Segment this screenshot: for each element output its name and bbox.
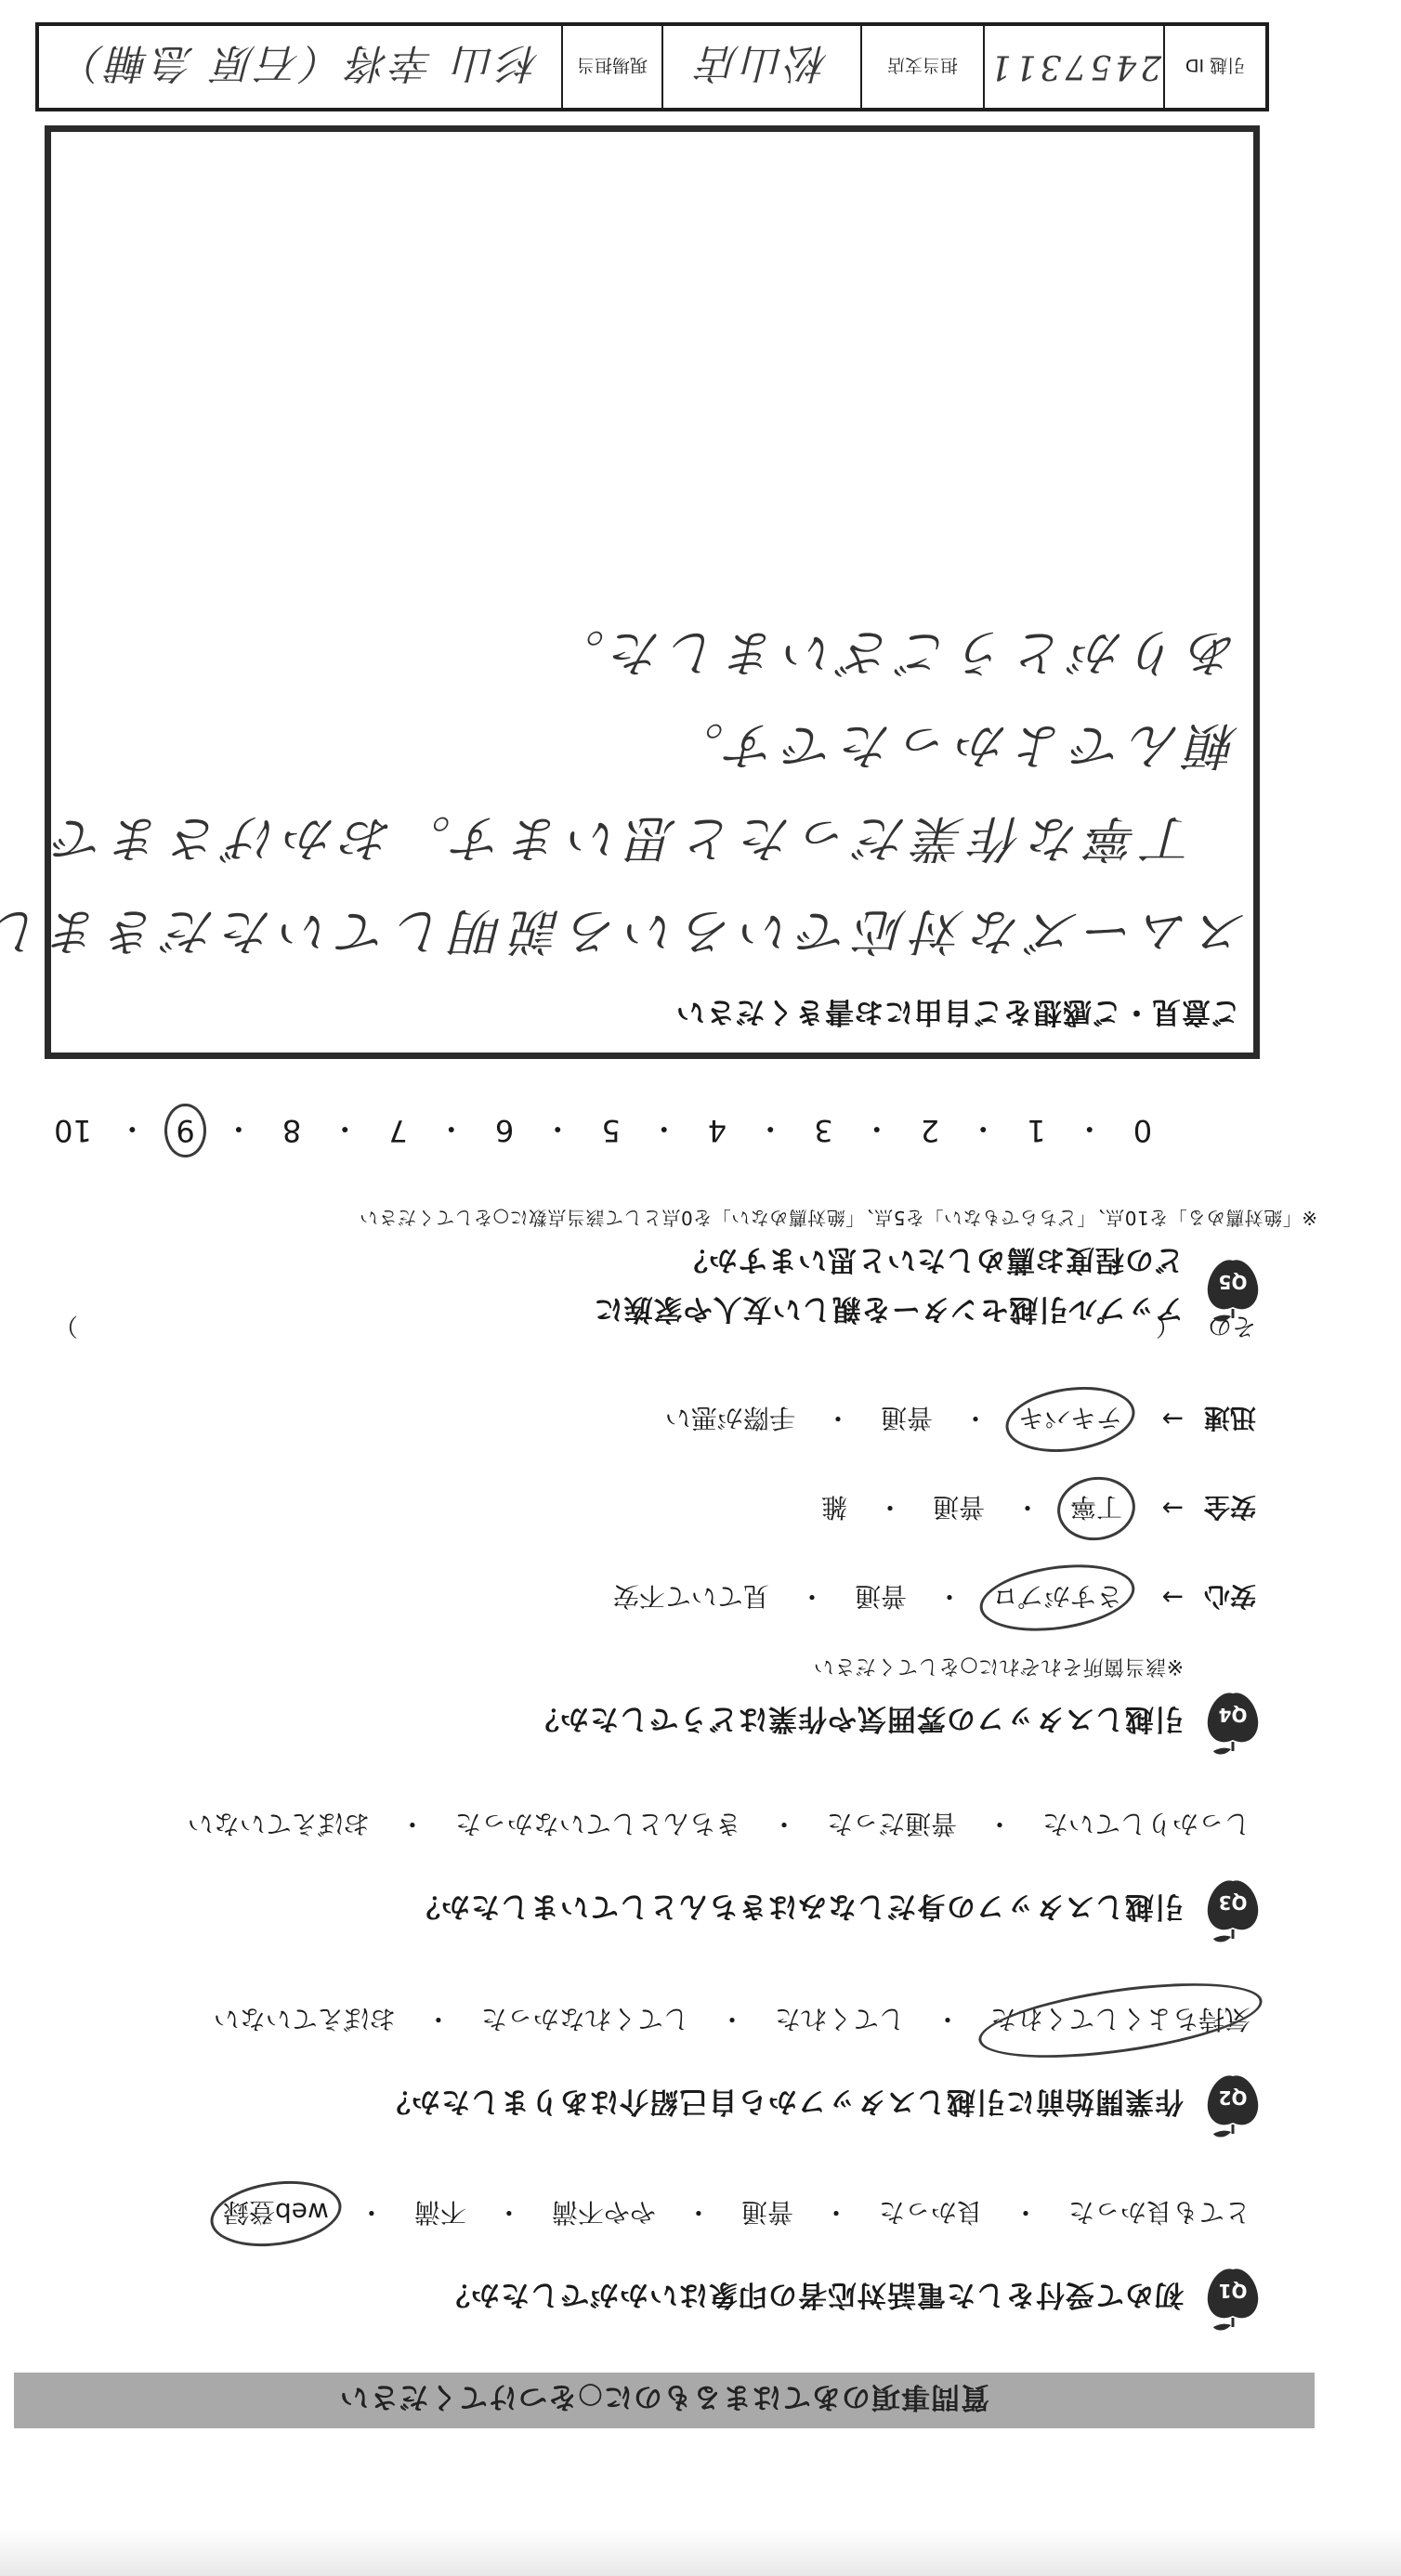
q4-reassurance-option-anxious[interactable]: 見ていて不安 — [608, 1579, 775, 1616]
staff-label: 現場担当 — [577, 55, 648, 80]
q2-option-pleasantly[interactable]: 気持ちよくしてくれた — [985, 2002, 1256, 2039]
svg-text:Q1: Q1 — [1219, 2280, 1248, 2302]
q4-row-label: 安全 — [1184, 1490, 1256, 1527]
move-id-label: 引越 ID — [1185, 55, 1245, 80]
comment-line: スムーズな対応でいろいろ説明していただきました。 — [51, 884, 1248, 977]
q3-options: しっかりしていた・ 普通だった・ きちんとしていなかった・ おぼえていない — [54, 1807, 1256, 1844]
q4-safety-option-normal[interactable]: 普通 — [927, 1490, 990, 1527]
header-info-table: 引越 ID 2457311 担当支店 松山店 現場担当 杉山 幸将（石原 急輔） — [35, 22, 1269, 111]
question-q1: Q1 初めて受付をした電話対応者の印象はいかがでしたか？ とても良かった・ 良か… — [54, 2195, 1262, 2333]
q2-title: 作業開始前に引越しスタッフから自己紹介はありましたか？ — [381, 2085, 1184, 2126]
rating-10[interactable]: 10 — [54, 1113, 92, 1148]
scan-shadow-edge — [0, 2530, 1401, 2576]
comment-line: ありがとうございました。 — [51, 606, 1248, 699]
rating-7[interactable]: 7 — [385, 1113, 411, 1148]
q2-option-no[interactable]: してくれなかった — [476, 2002, 695, 2039]
q4-safety-option-rough[interactable]: 雑 — [816, 1490, 853, 1527]
svg-text:Q2: Q2 — [1219, 2086, 1248, 2109]
rating-5[interactable]: 5 — [597, 1113, 623, 1148]
branch-value: 松山店 — [695, 37, 829, 97]
apple-badge-icon: Q1 — [1204, 2264, 1262, 2333]
q5-title-line2: どの程度お薦めしたいと思いますか？ — [594, 1242, 1184, 1284]
apple-badge-icon: Q2 — [1204, 2071, 1262, 2139]
question-q3: Q3 引越しスタッフの身だしなみはきちんとしていましたか？ しっかりしていた・ … — [54, 1807, 1262, 1944]
q4-reassurance-option-pro[interactable]: さすがプロ — [987, 1579, 1128, 1616]
comment-box[interactable]: ご意見・ご感想をご自由にお書きください スムーズな対応でいろいろ説明していただき… — [45, 125, 1260, 1059]
q2-option-yes[interactable]: してくれた — [769, 2002, 910, 2039]
q1-option-very-good[interactable]: とても良かった — [1063, 2195, 1256, 2232]
q1-title: 初めて受付をした電話対応者の印象はいかがでしたか？ — [440, 2278, 1184, 2320]
staff-value: 杉山 幸将（石原 急輔） — [60, 37, 540, 97]
branch-label: 担当支店 — [887, 55, 958, 80]
arrow-right-icon: → — [1128, 1583, 1184, 1614]
branch-value-cell[interactable]: 松山店 — [661, 26, 860, 108]
move-id-label-cell: 引越 ID — [1163, 26, 1265, 108]
comment-title: ご意見・ご感想をご自由にお書きください — [51, 994, 1253, 1053]
rating-1[interactable]: 1 — [1023, 1113, 1049, 1148]
question-q4: Q4 引越しスタッフの雰囲気や作業はどうでしたか？ ※該当箇所それぞれに○をして… — [54, 1276, 1262, 1757]
q4-speed-option-clumsy[interactable]: 手際が悪い — [660, 1401, 801, 1438]
svg-text:Q3: Q3 — [1219, 1891, 1248, 1914]
q4-row-label: 安心 — [1184, 1579, 1256, 1616]
q3-title: 引越しスタッフの身だしなみはきちんとしていましたか？ — [411, 1890, 1184, 1931]
instruction-banner-text: 質問事項のあてはまるものに○をつけてください — [339, 2380, 989, 2422]
q4-safety-option-careful[interactable]: 丁寧 — [1065, 1490, 1128, 1527]
apple-badge-icon: Q3 — [1204, 1876, 1262, 1944]
q4-title: 引越しスタッフの雰囲気や作業はどうでしたか？ — [530, 1702, 1184, 1744]
q4-reassurance-option-normal[interactable]: 普通 — [849, 1579, 912, 1616]
q4-speed-option-brisk[interactable]: テキパキ — [1013, 1401, 1128, 1438]
comment-text: スムーズな対応でいろいろ説明していただきました。 丁寧な作業だったと思います。お… — [51, 606, 1253, 994]
instruction-banner: 質問事項のあてはまるものに○をつけてください — [14, 2373, 1315, 2428]
q4-row-safety: 安全 → 丁寧・ 普通・ 雑 — [54, 1490, 1256, 1527]
q4-note: ※該当箇所それぞれに○をしてください — [54, 1654, 1184, 1682]
q4-row-reassurance: 安心 → さすがプロ・ 普通・ 見ていて不安 — [54, 1579, 1256, 1616]
rating-2[interactable]: 2 — [917, 1113, 943, 1148]
arrow-right-icon: → — [1128, 1494, 1184, 1524]
q5-title-line1: アップル引越センターを親しい友人や家族に — [594, 1291, 1184, 1333]
svg-text:Q4: Q4 — [1219, 1704, 1248, 1726]
rating-4[interactable]: 4 — [704, 1113, 730, 1148]
q1-option-normal[interactable]: 普通 — [736, 2195, 799, 2232]
rating-8[interactable]: 8 — [279, 1113, 305, 1148]
question-q5: Q5 アップル引越センターを親しい友人や家族に どの程度お薦めしたいと思いますか… — [54, 1109, 1262, 1333]
rating-3[interactable]: 3 — [810, 1113, 836, 1148]
rating-6[interactable]: 6 — [491, 1113, 517, 1148]
q1-option-somewhat-unsatisfied[interactable]: やや不満 — [546, 2195, 661, 2232]
apple-badge-icon: Q5 — [1204, 1255, 1262, 1324]
branch-label-cell: 担当支店 — [860, 26, 983, 108]
comment-line: 頼んでよかったです。 — [51, 699, 1248, 791]
move-id-value-cell[interactable]: 2457311 — [983, 26, 1163, 108]
question-q2: Q2 作業開始前に引越しスタッフから自己紹介はありましたか？ 気持ちよくしてくれ… — [54, 2002, 1262, 2139]
q3-option-dont-remember[interactable]: おぼえていない — [182, 1807, 375, 1844]
q5-note: ※「絶対薦める」を10点、「どちらでもない」を5点、「絶対薦めない」を0点として… — [54, 1206, 1317, 1233]
q4-speed-option-normal[interactable]: 普通 — [875, 1401, 938, 1438]
q4-row-speed: 迅速 → テキパキ・ 普通・ 手際が悪い — [54, 1401, 1256, 1438]
q2-options: 気持ちよくしてくれた・ してくれた・ してくれなかった・ おぼえていない — [54, 2002, 1256, 2039]
survey-sheet: 質問事項のあてはまるものに○をつけてください Q1 初めて受付をした電話対応者の… — [0, 0, 1401, 2576]
q5-rating-scale: 0・ 1・ 2・ 3・ 4・ 5・ 6・ 7・ 8・ 9・ 10 — [54, 1109, 1156, 1152]
q4-row-label: 迅速 — [1184, 1401, 1256, 1438]
apple-badge-icon: Q4 — [1204, 1688, 1262, 1757]
staff-label-cell: 現場担当 — [561, 26, 661, 108]
staff-value-cell[interactable]: 杉山 幸将（石原 急輔） — [39, 26, 561, 108]
q1-option-web-registration[interactable]: web登録 — [217, 2195, 334, 2232]
q3-option-not-neat[interactable]: きちんとしていなかった — [450, 1807, 747, 1844]
q1-option-good[interactable]: 良かった — [873, 2195, 989, 2232]
comment-line: 丁寧な作業だったと思います。おかげさまで — [51, 791, 1248, 884]
svg-text:Q5: Q5 — [1219, 1271, 1248, 1293]
arrow-right-icon: → — [1128, 1405, 1184, 1435]
q2-option-dont-remember[interactable]: おぼえていない — [208, 2002, 401, 2039]
q1-option-unsatisfied[interactable]: 不満 — [409, 2195, 472, 2232]
move-id-value: 2457311 — [987, 48, 1161, 86]
rating-0[interactable]: 0 — [1130, 1113, 1156, 1148]
q3-option-normal[interactable]: 普通だった — [821, 1807, 962, 1844]
q1-options: とても良かった・ 良かった・ 普通・ やや不満・ 不満・ web登録 — [54, 2195, 1256, 2232]
q3-option-neat[interactable]: しっかりしていた — [1037, 1807, 1256, 1844]
rating-9[interactable]: 9 — [172, 1113, 198, 1148]
